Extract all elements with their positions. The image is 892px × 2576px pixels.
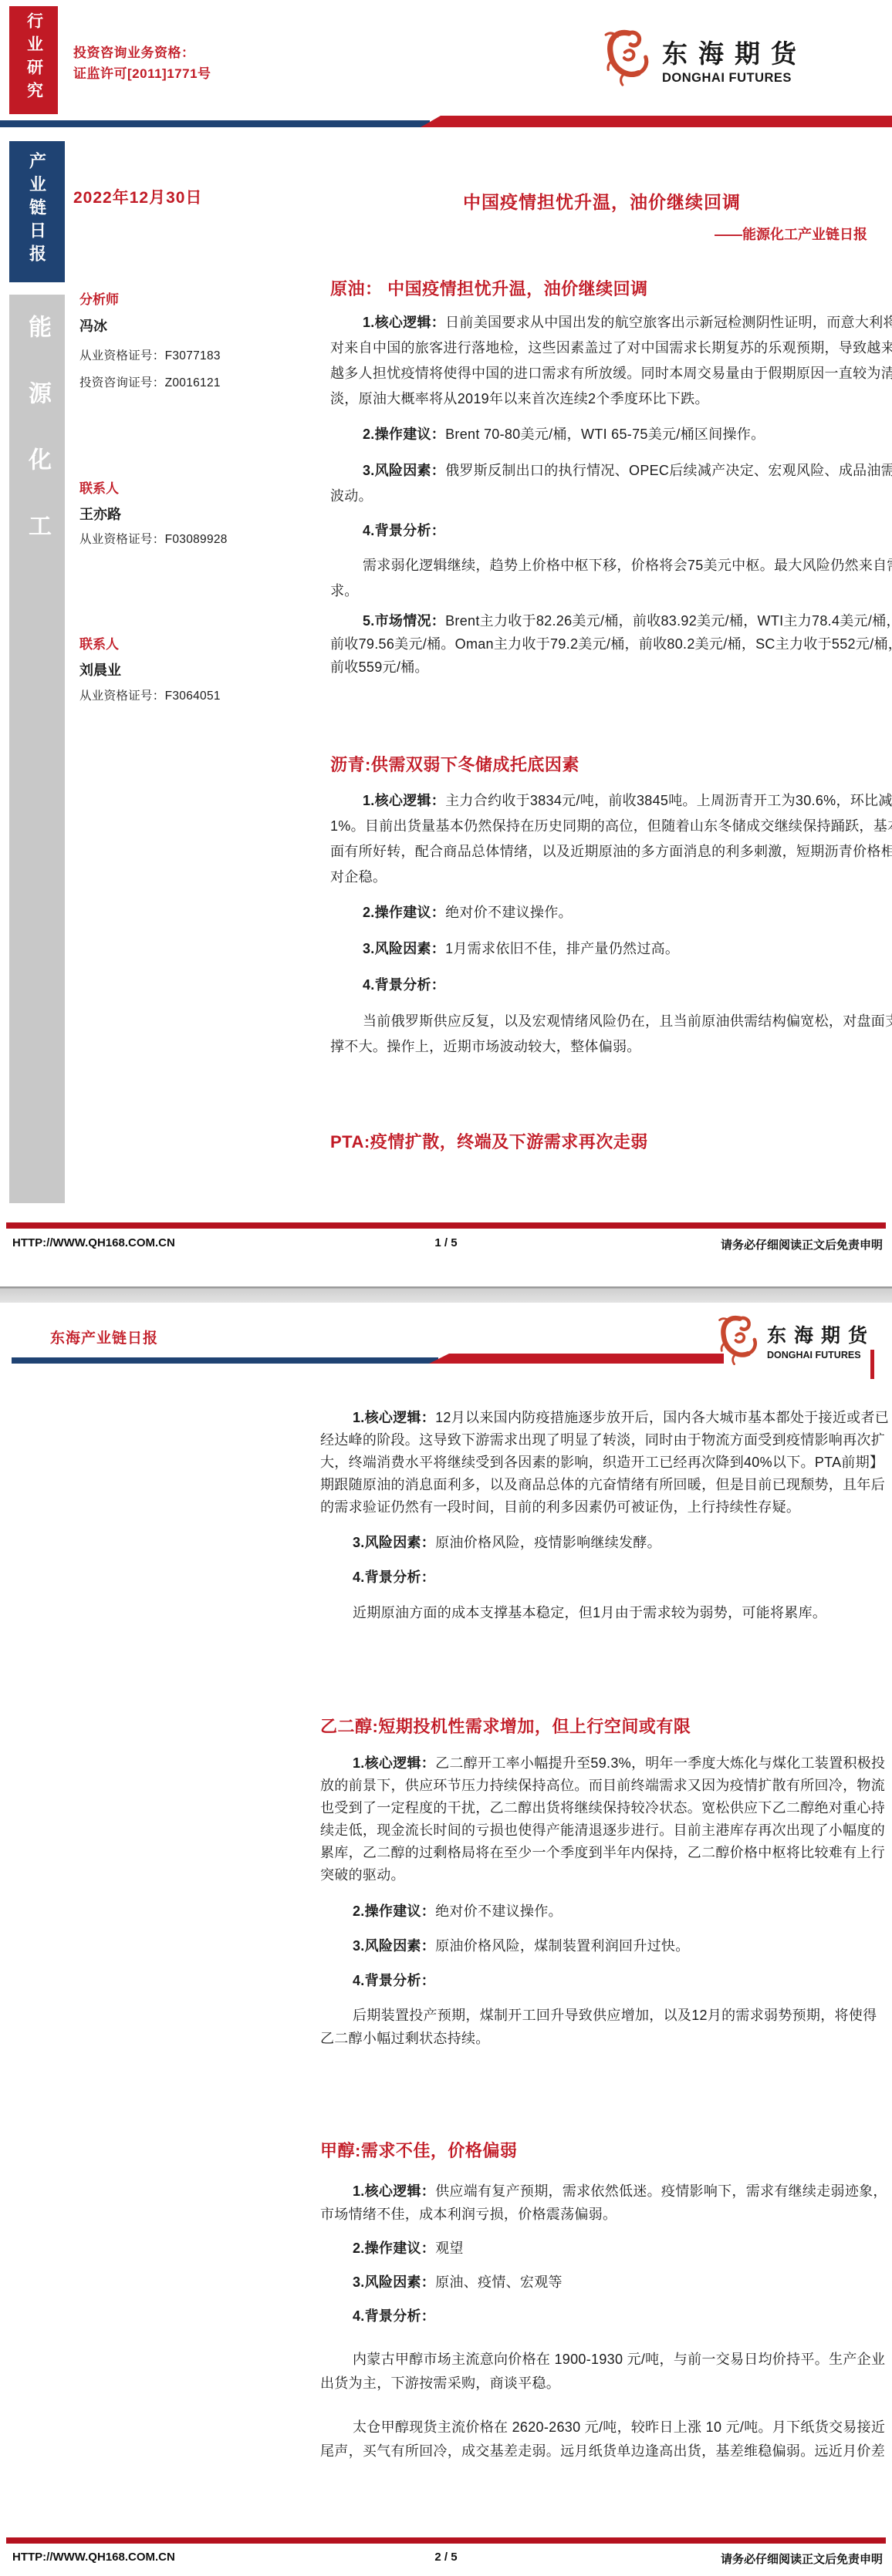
methanol-risk: 3.风险因素：原油、疫情、宏观等 <box>320 2271 872 2294</box>
methanol-advice: 2.操作建议：观望 <box>320 2237 872 2260</box>
meg-advice: 2.操作建议：绝对价不建议操作。 <box>320 1900 872 1923</box>
meg-logic-paragraph: 1.核心逻辑：乙二醇开工率小幅提升至59.3%，明年一季度大炼化与煤化工装置积极… <box>320 1752 872 1886</box>
methanol-background-paragraph-1: 内蒙古甲醇市场主流意向价格在 1900-1930 元/吨，与前一交易日均价持平。… <box>320 2348 872 2396</box>
meg-background-label: 4.背景分析： <box>320 1969 872 1992</box>
brand-name-en: DONGHAI FUTURES <box>767 1350 861 1360</box>
page-2: 东海产业链日报 东海期货 DONGHAI FUTURES 1.核心逻辑：12月以 <box>0 0 892 2576</box>
brand-name-cn: 东海期货 <box>767 1320 875 1348</box>
methanol-background-label: 4.背景分析： <box>320 2305 872 2328</box>
meg-background-paragraph: 后期装置投产预期，煤制开工回升导致供应增加，以及12月的需求弱势预期，将使得 乙… <box>320 2004 872 2050</box>
methanol-logic-paragraph: 1.核心逻辑：供应端有复产预期，需求依然低迷。疫情影响下，需求有继续走弱迹象， … <box>320 2180 872 2226</box>
report-canvas: 行业研究 投资咨询业务资格： 证监许可[2011]1771号 东海期货 DON <box>0 0 892 2576</box>
pta-background-paragraph: 近期原油方面的成本支撑基本稳定，但1月由于需求较为弱势，可能将累库。 <box>320 1601 872 1624</box>
pta-background-label: 4.背景分析： <box>320 1566 872 1589</box>
pta-logic-paragraph: 1.核心逻辑：12月以来国内防疫措施逐步放开后，国内各大城市基本都处于接近或者已… <box>320 1407 872 1519</box>
logo-accent-mark <box>870 1350 874 1379</box>
methanol-background-paragraph-2: 太仓甲醇现货主流价格在 2620-2630 元/吨，较昨日上涨 10 元/吨。月… <box>320 2416 872 2463</box>
page2-header-title: 东海产业链日报 <box>50 1327 158 1347</box>
page2-rule-red <box>429 1354 724 1364</box>
section-methanol-heading: 甲醇:需求不佳，价格偏弱 <box>320 2138 517 2162</box>
dragon-swirl-icon <box>716 1310 761 1372</box>
meg-risk: 3.风险因素：原油价格风险，煤制装置利润回升过快。 <box>320 1934 872 1957</box>
page2-rule-blue <box>12 1357 438 1364</box>
pta-risk: 3.风险因素：原油价格风险，疫情影响继续发酵。 <box>320 1531 872 1554</box>
footer-rule <box>6 2537 886 2544</box>
footer-disclaimer: 请务必仔细阅读正文后免责申明 <box>721 2551 883 2567</box>
section-meg-heading: 乙二醇:短期投机性需求增加，但上行空间或有限 <box>320 1714 691 1738</box>
